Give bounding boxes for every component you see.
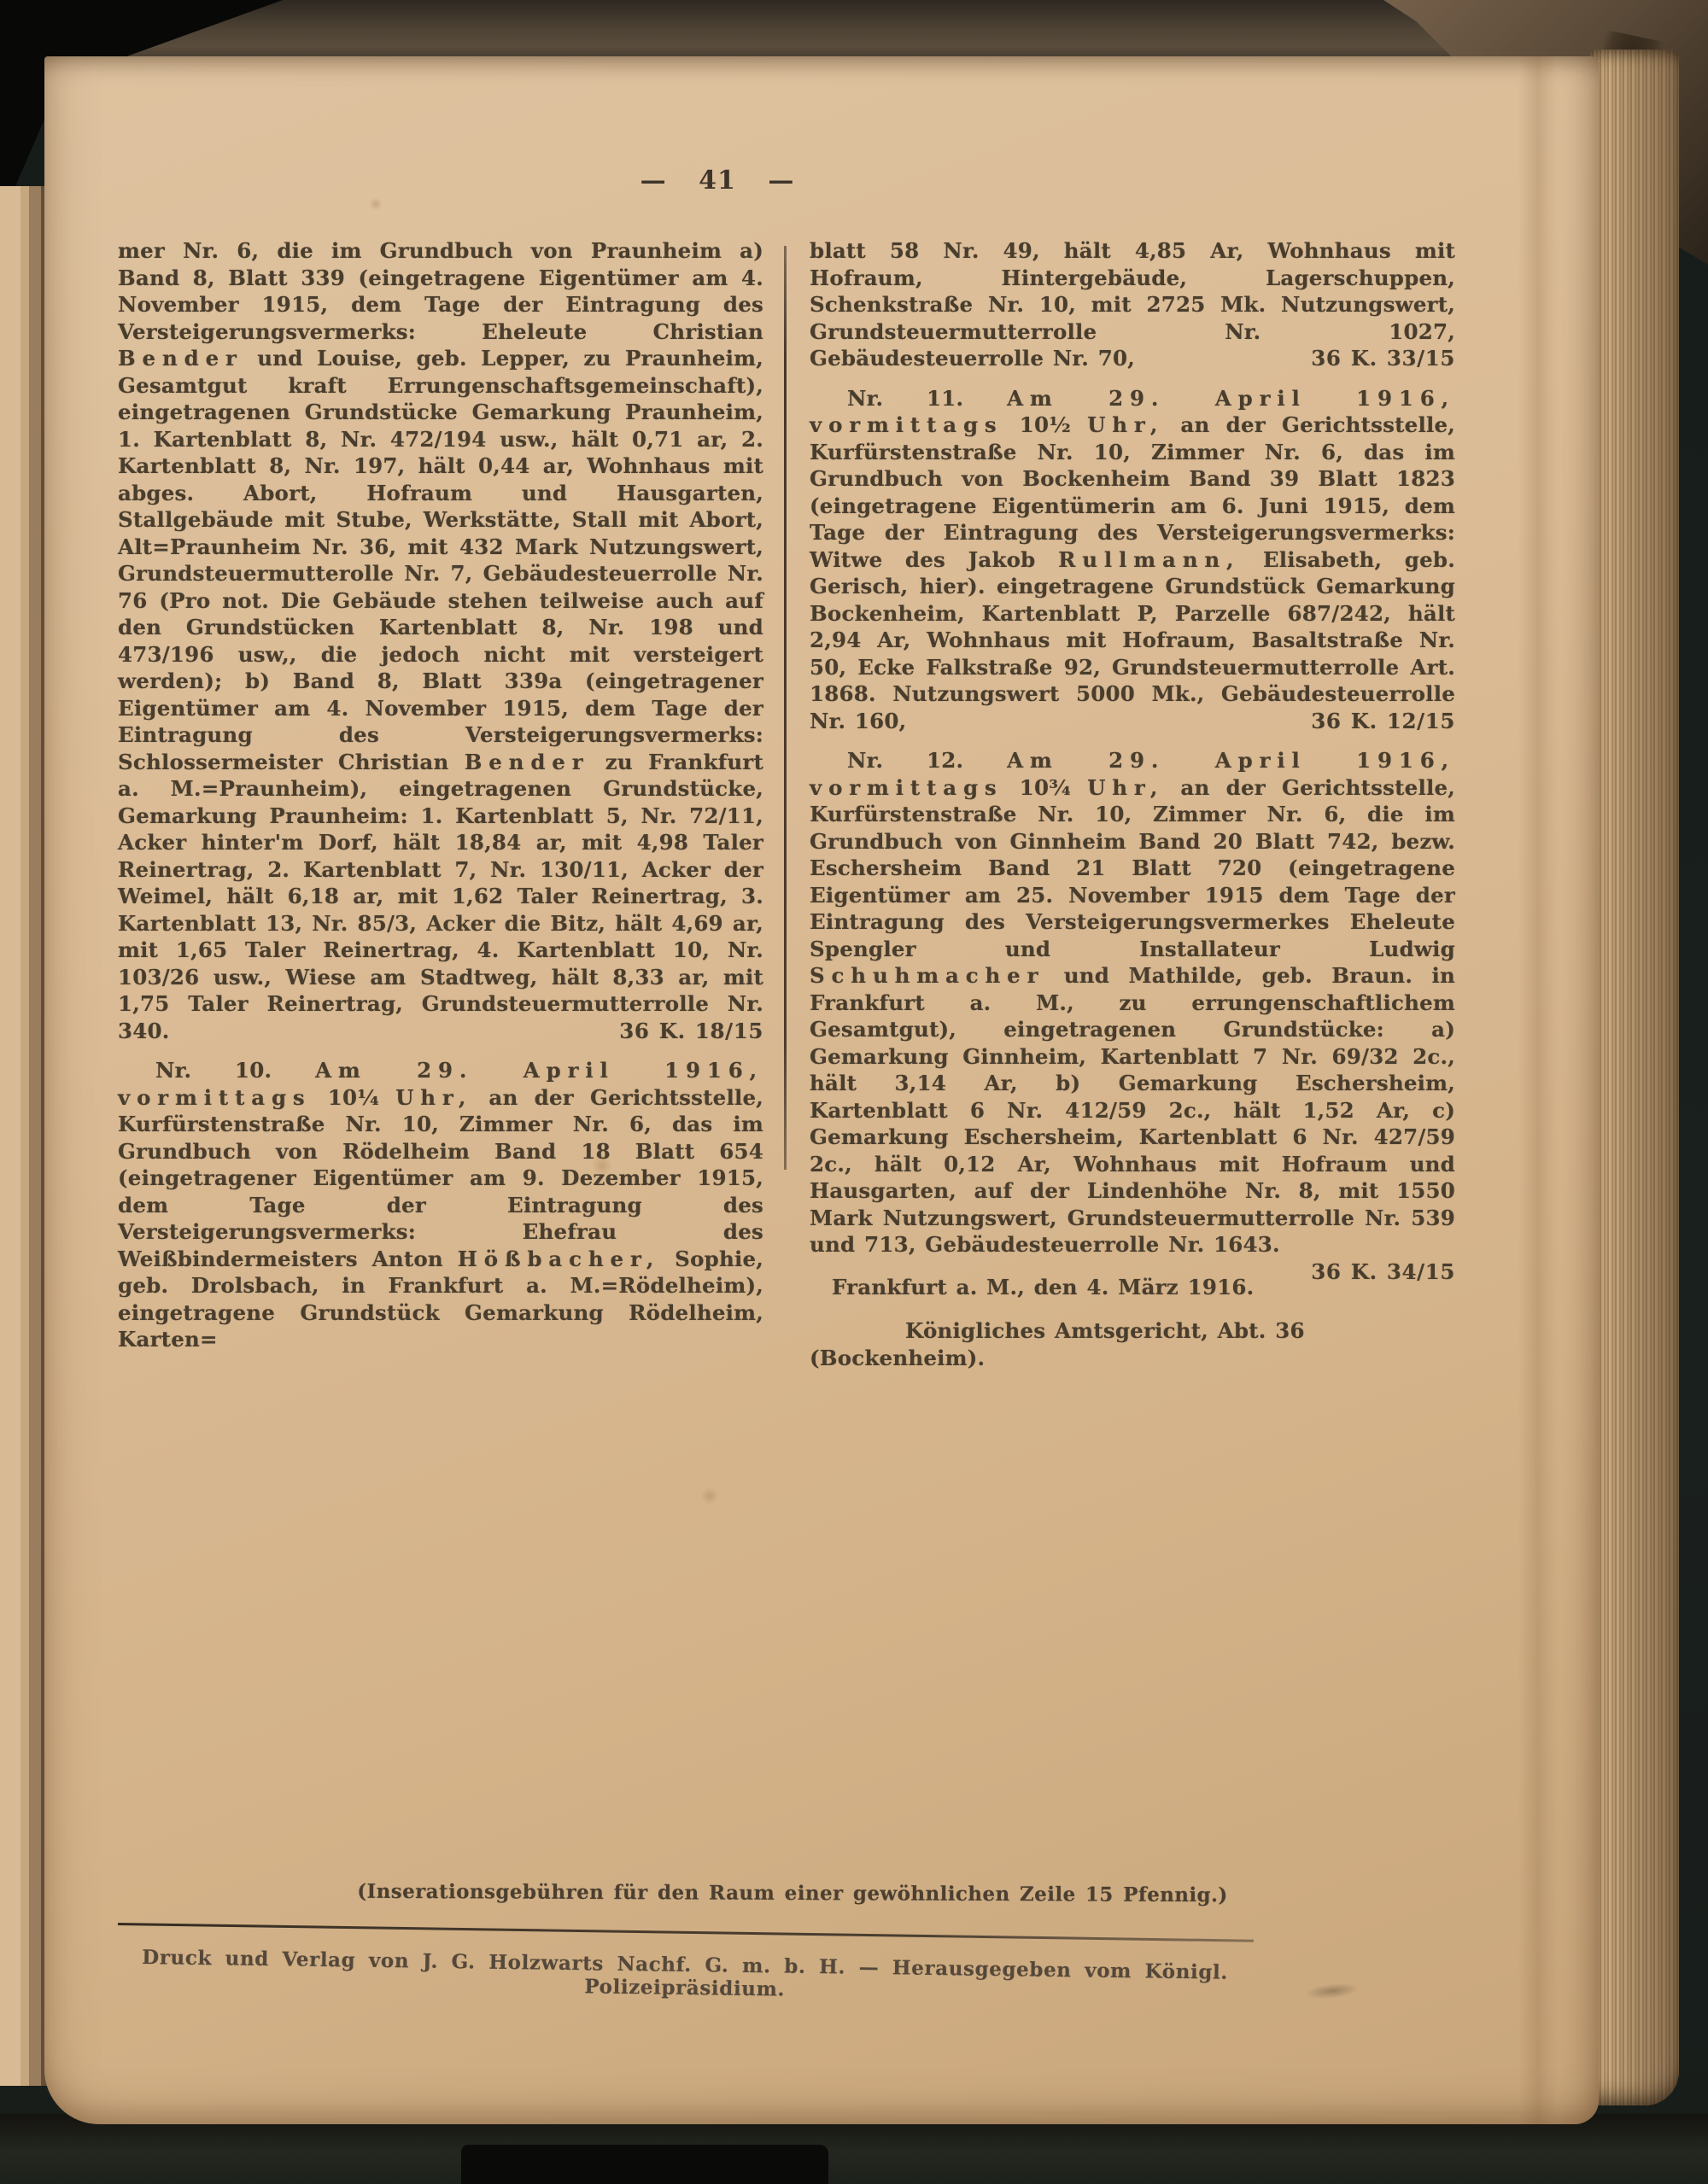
notice-text: und Mathilde, geb. Braun. in Frankfurt a… <box>810 963 1455 1257</box>
page-number-dash-left: — <box>640 166 667 196</box>
person-name: Hößbacher, <box>458 1247 660 1271</box>
right-column: blatt 58 Nr. 49, hält 4,85 Ar, Wohnhaus … <box>810 237 1455 1371</box>
court-signature: Königliches Amtsgericht, Abt. 36 (Bocken… <box>810 1317 1455 1371</box>
footer-fees-notice: (Inserationsgebühren für den Raum einer … <box>15 1878 1570 1908</box>
text-block: mer Nr. 6, die im Grundbuch von Praunhei… <box>118 237 1455 1371</box>
notice-number: Nr. 12. <box>847 748 1007 773</box>
page-number-dash-right: — <box>768 166 794 196</box>
auction-time: Uhr, <box>395 1085 472 1110</box>
notice-nr-12: Nr. 12. Am 29. April 1916, vormittags 10… <box>810 747 1455 1258</box>
paper-stain <box>369 198 383 210</box>
background-shadow-bottom <box>461 2145 828 2184</box>
notice-continuation-praunheim: mer Nr. 6, die im Grundbuch von Praunhei… <box>118 237 763 1044</box>
notice-text: 10¼ <box>312 1085 396 1110</box>
book-scan: — 41 — mer Nr. 6, die im Grundbuch von P… <box>0 0 1708 2184</box>
notice-text: mer Nr. 6, die im Grundbuch von Praunhei… <box>118 238 763 344</box>
person-name: Bender <box>118 346 243 371</box>
page-number-value: 41 <box>699 166 736 196</box>
notice-text: 10½ <box>1003 412 1088 437</box>
footer-imprint: Druck und Verlag von J. G. Holzwarts Nac… <box>79 1945 1292 2008</box>
auction-time: Uhr, <box>1087 775 1164 800</box>
notice-text: an der Gerichtsstelle, Kurfürstenstraße … <box>118 1085 763 1271</box>
notice-nr-10: Nr. 10. Am 29. April 1916, vormittags 10… <box>118 1057 763 1353</box>
person-name: Bender <box>465 750 590 774</box>
case-reference: 36 K. 18/15 <box>619 1018 763 1045</box>
case-reference: 36 K. 34/15 <box>1273 1258 1455 1286</box>
notice-number: Nr. 11. <box>847 386 1007 411</box>
book-cover-bottom-edge <box>0 2114 1708 2184</box>
gazette-page: — 41 — mer Nr. 6, die im Grundbuch von P… <box>44 56 1599 2124</box>
notice-text: 10¾ <box>1003 775 1088 800</box>
notice-nr-11: Nr. 11. Am 29. April 1916, vormittags 10… <box>810 385 1455 735</box>
page-fore-edge-stack <box>1590 50 1679 2105</box>
footer-rule <box>118 1923 1254 1942</box>
previous-page-edge <box>0 186 51 2086</box>
notice-text: Elisabeth, geb. Gerisch, hier). eingetra… <box>810 547 1455 733</box>
case-reference: 36 K. 33/15 <box>1311 345 1455 372</box>
case-reference: 36 K. 12/15 <box>1273 708 1455 735</box>
person-name: Rullmann, <box>1058 547 1240 572</box>
notice-continuation-schenkstrasse: blatt 58 Nr. 49, hält 4,85 Ar, Wohnhaus … <box>810 237 1455 372</box>
auction-time: Uhr, <box>1087 412 1164 437</box>
pencil-smudge <box>1306 1982 1358 2000</box>
notice-text: und Louise, geb. Lepper, zu Praunheim, G… <box>118 346 763 774</box>
person-name: Schuhmacher <box>810 963 1044 988</box>
page-crease <box>1518 56 1558 2124</box>
notice-number: Nr. 10. <box>155 1058 315 1083</box>
notice-text: zu Frankfurt a. M.=Praunheim), eingetrag… <box>118 750 763 1043</box>
page-number: — 41 — <box>0 166 1494 196</box>
notice-text: an der Gerichtsstelle, Kurfürstenstraße … <box>810 775 1455 961</box>
left-column: mer Nr. 6, die im Grundbuch von Praunhei… <box>118 237 763 1371</box>
paper-stain <box>700 1487 719 1504</box>
